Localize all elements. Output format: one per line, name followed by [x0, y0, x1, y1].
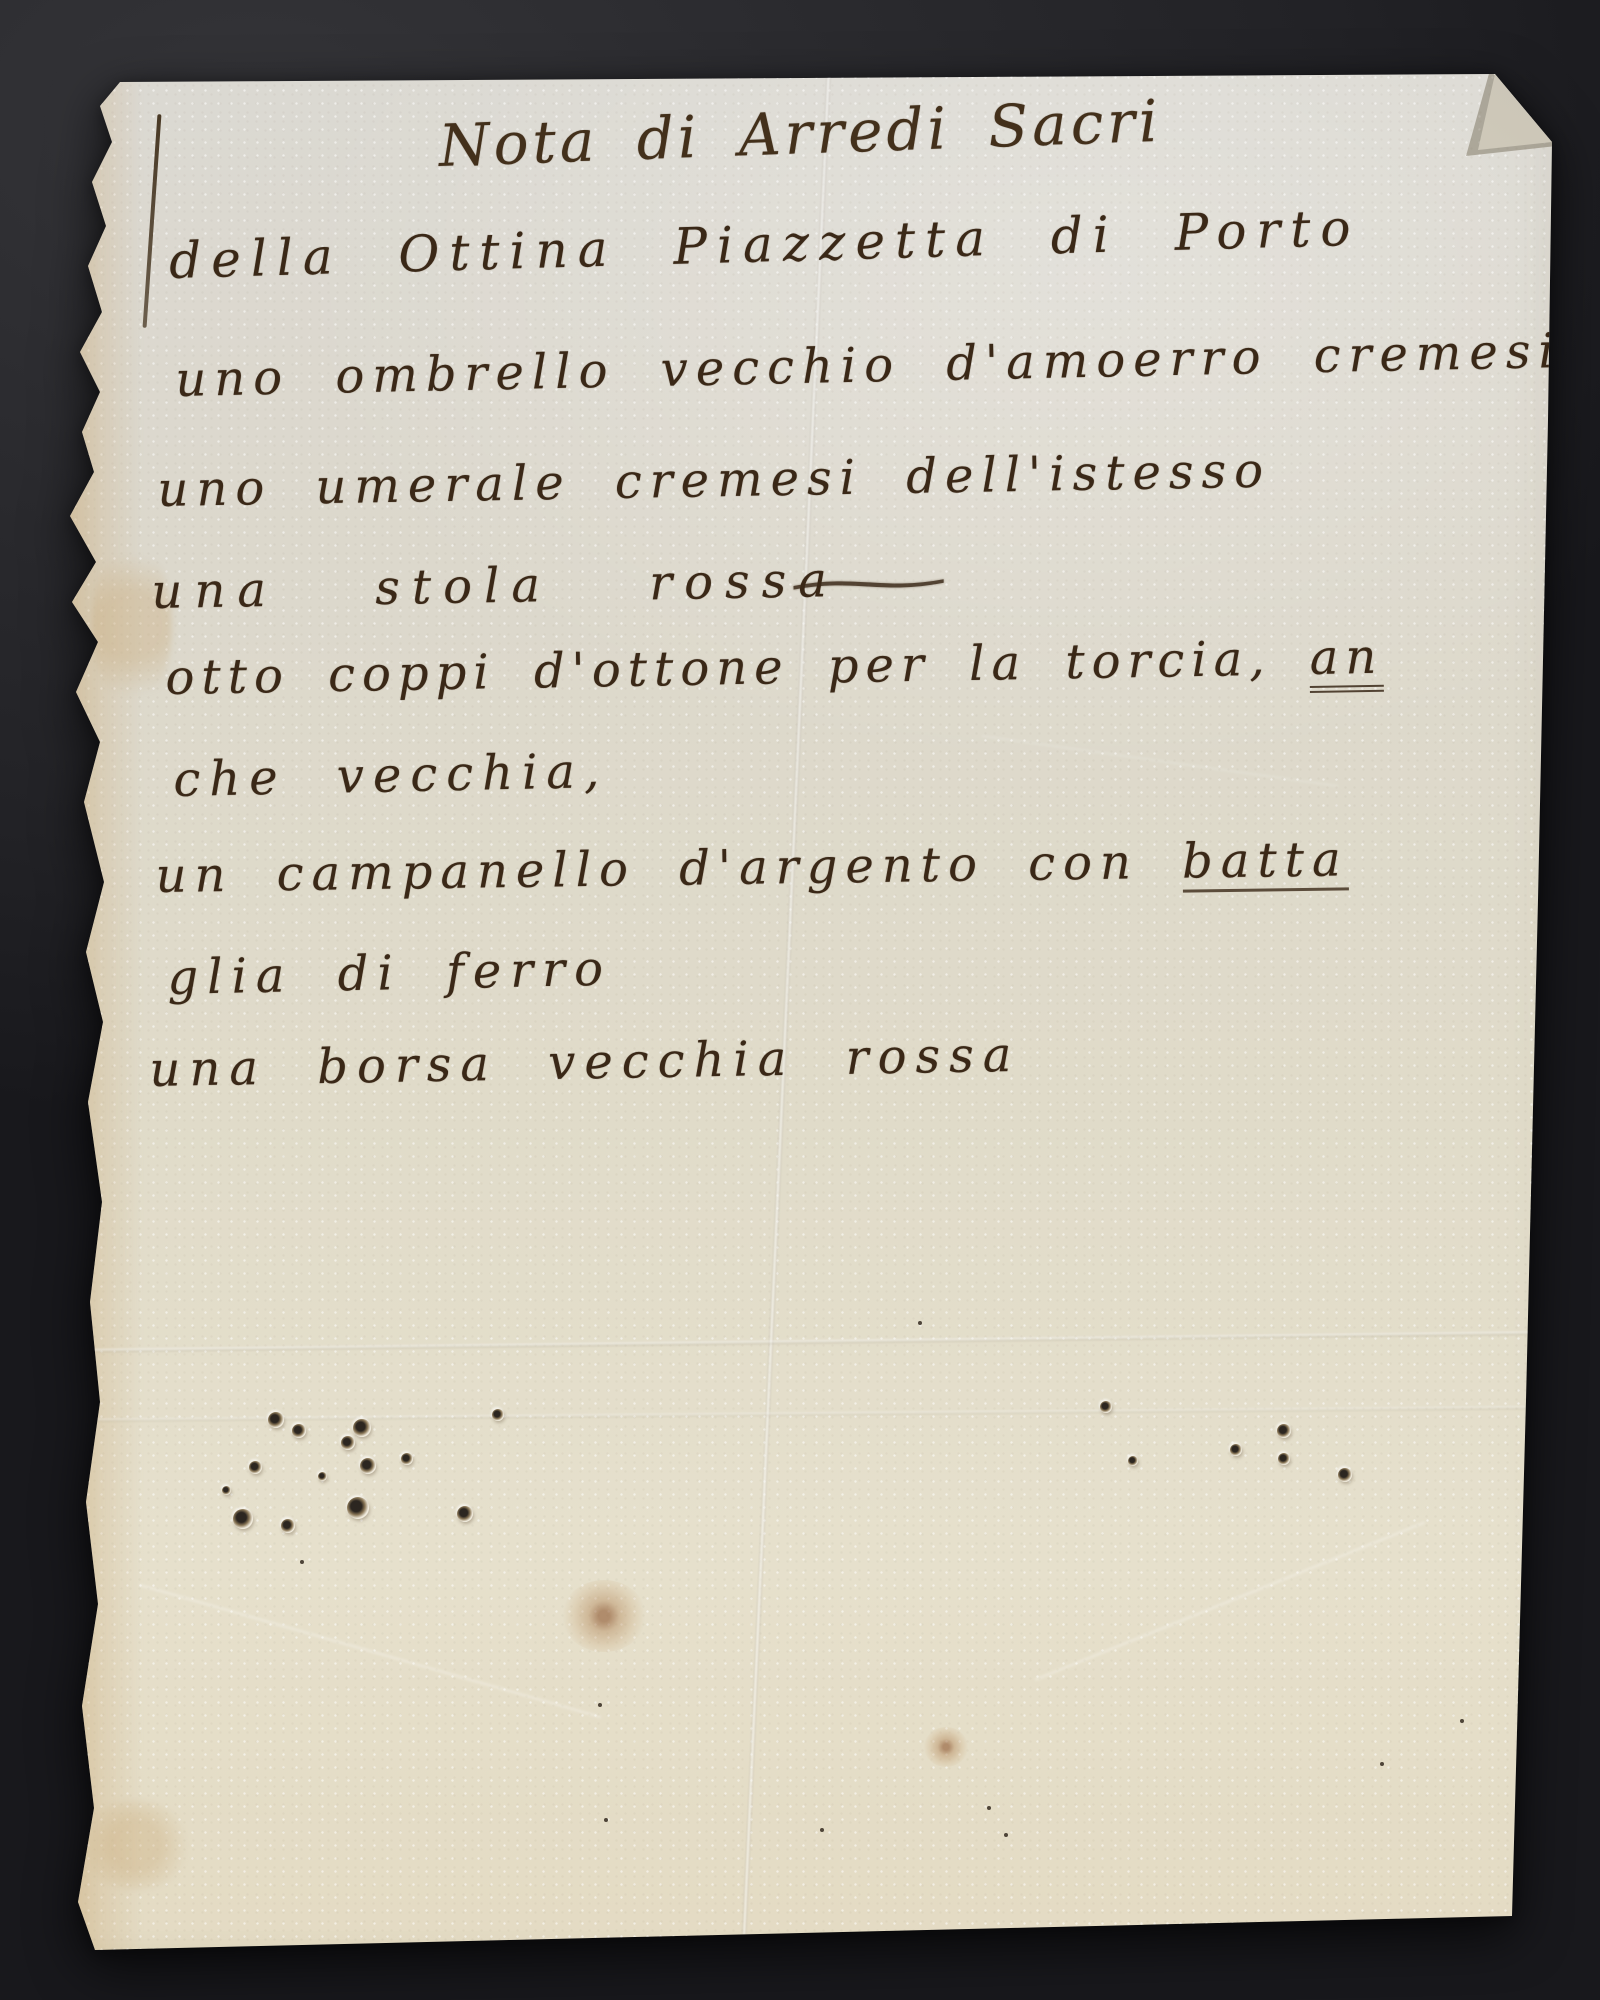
- worm-hole: [347, 1497, 369, 1519]
- worm-hole: [360, 1458, 376, 1474]
- foxing-stain: [924, 1727, 968, 1767]
- edge-stain: [80, 1800, 190, 1890]
- worm-hole: [1277, 1424, 1291, 1438]
- ink-speck: [918, 1321, 922, 1325]
- worm-hole: [292, 1424, 306, 1438]
- hyphenated-word-end: an: [1309, 629, 1384, 693]
- worm-hole: [353, 1419, 371, 1437]
- ink-speck: [598, 1703, 602, 1707]
- worm-hole: [492, 1409, 504, 1421]
- line-text: una stola rossa: [151, 552, 839, 620]
- worm-hole: [222, 1486, 231, 1495]
- worm-hole: [281, 1519, 295, 1533]
- ink-speck: [1460, 1719, 1464, 1723]
- worm-hole: [1278, 1453, 1290, 1465]
- ink-speck: [1004, 1833, 1008, 1837]
- worm-hole: [1230, 1444, 1242, 1456]
- worm-hole: [401, 1453, 413, 1465]
- worm-hole: [1338, 1468, 1352, 1482]
- paper-shadow: 115 Nota di Arredi Sacri della Ottina Pi…: [0, 0, 1600, 2000]
- worm-hole: [341, 1436, 355, 1450]
- worm-hole: [268, 1412, 284, 1428]
- worm-hole: [318, 1472, 327, 1481]
- manuscript-line: glia di ferro: [167, 941, 613, 1006]
- ink-speck: [604, 1818, 608, 1822]
- hyphenated-word-end: batta: [1182, 831, 1349, 892]
- ink-speck: [987, 1806, 991, 1810]
- torn-left-edge: [58, 70, 142, 1960]
- foxing-stain: [562, 1580, 646, 1652]
- ink-speck: [300, 1560, 304, 1564]
- worm-hole: [233, 1509, 253, 1529]
- manuscript-line: che vecchia,: [173, 743, 609, 808]
- manuscript-paper: 115 Nota di Arredi Sacri della Ottina Pi…: [0, 0, 1600, 2000]
- photo-background: 115 Nota di Arredi Sacri della Ottina Pi…: [0, 0, 1600, 2000]
- worm-hole: [249, 1461, 262, 1474]
- line-text: glia di ferro: [167, 941, 613, 1006]
- worm-hole: [1128, 1456, 1138, 1466]
- worm-hole: [1100, 1401, 1112, 1413]
- line-text: che vecchia,: [173, 743, 609, 808]
- ink-speck: [1380, 1762, 1384, 1766]
- worm-hole: [457, 1506, 473, 1522]
- folio-number: 115: [8, 114, 104, 222]
- pen-flourish: ~: [768, 553, 1030, 614]
- ink-speck: [820, 1828, 824, 1832]
